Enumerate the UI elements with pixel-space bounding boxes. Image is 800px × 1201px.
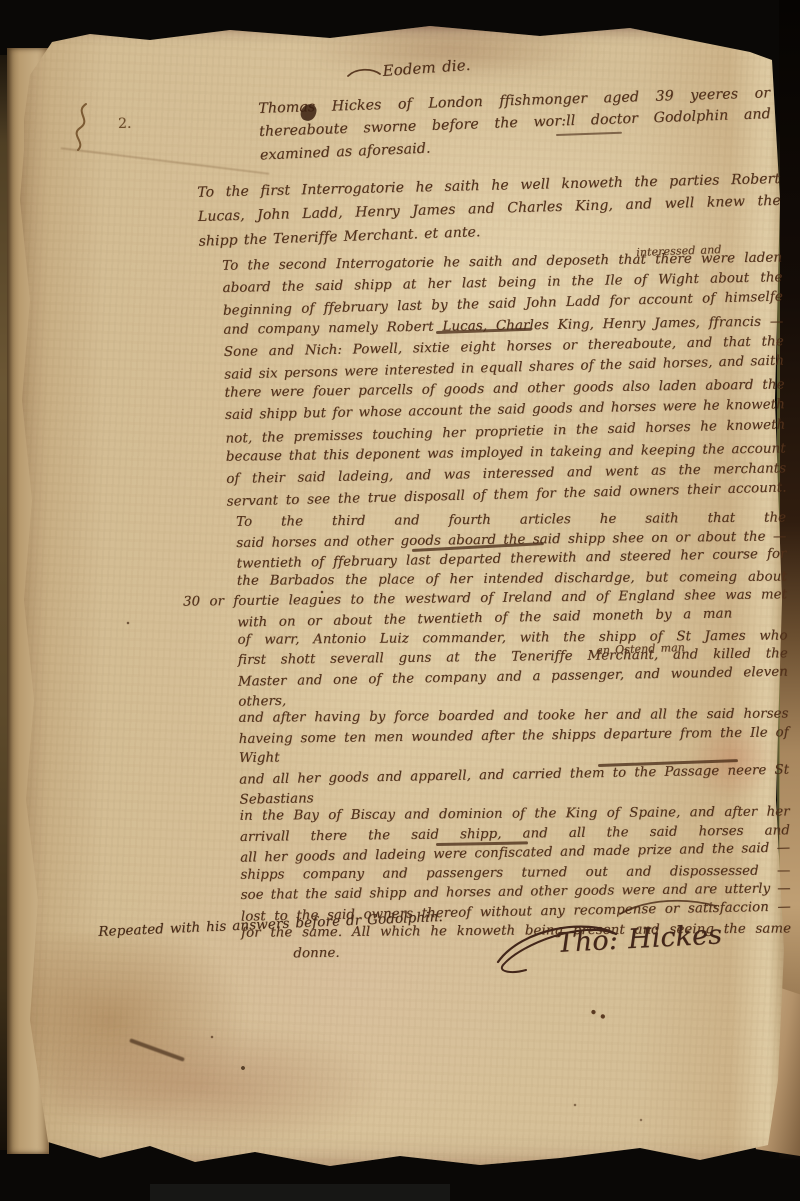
collation-flourish-icon xyxy=(72,102,94,152)
heading-flourish-icon xyxy=(346,66,382,80)
crease-mark xyxy=(129,1038,185,1062)
damp-stain xyxy=(18,935,248,1125)
manuscript-line: of warr, Antonio Luiz commander, with th… xyxy=(237,626,787,650)
manuscript-line: shipps company and passengers turned out… xyxy=(240,861,790,885)
table-shadow xyxy=(150,1184,450,1201)
manuscript-line: the Barbados the place of her intended d… xyxy=(237,567,787,591)
photograph-of-manuscript: 2. Eodem die. Thomas Hickes of London ff… xyxy=(0,0,800,1201)
damp-stain xyxy=(55,1022,385,1152)
deposition-paragraph-2: To the second Interrogatorie he saith an… xyxy=(222,246,787,511)
pen-tail-flourish-icon xyxy=(618,896,722,920)
folio-number: 2. xyxy=(118,116,132,132)
manuscript-line: in the Bay of Biscay and dominion of the… xyxy=(240,802,790,826)
